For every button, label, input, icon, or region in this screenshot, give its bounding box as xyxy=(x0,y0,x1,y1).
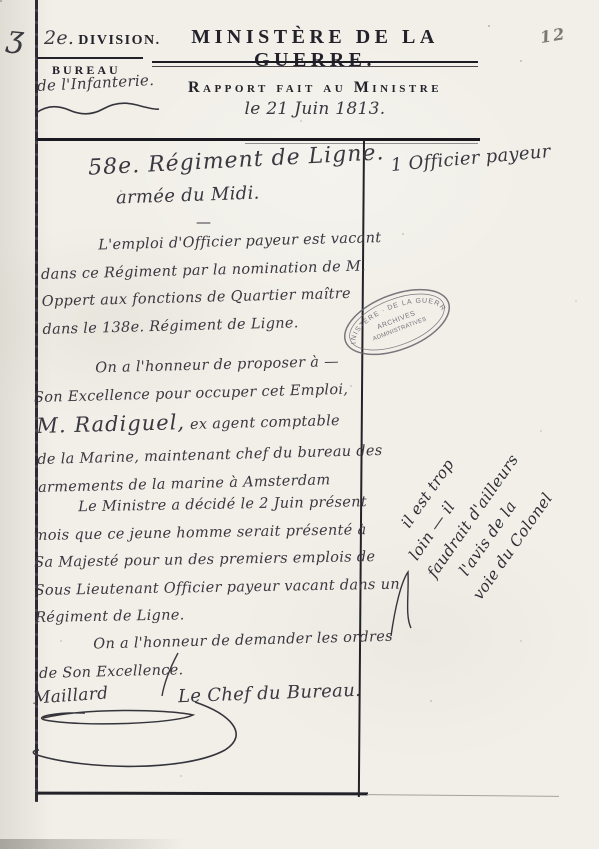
paragraph-vacancy: L'emploi d'Officier payeur est vacant da… xyxy=(40,225,383,344)
frame-bottom-rule xyxy=(37,792,368,795)
report-subtitle: Rapport fait au Ministre xyxy=(160,79,470,97)
heading-separator-dash: — xyxy=(196,213,211,231)
bureau-flourish xyxy=(33,98,163,120)
title-double-rule xyxy=(152,61,478,67)
army-subheading: armée du Midi. xyxy=(116,182,260,208)
division-number: 2e. xyxy=(44,27,74,49)
regiment-heading: 58e. Régiment de Ligne. xyxy=(88,140,385,180)
frame-top-rule xyxy=(37,138,480,141)
paragraph-minister-decision: Le Ministre a décidé le 2 Juin présent m… xyxy=(33,489,375,632)
division-block: 2e. DIVISION. xyxy=(44,27,161,49)
scanned-document-page: ʒ 2e. DIVISION. BUREAU de l'Infanterie. … xyxy=(0,0,599,849)
report-date: le 21 Juin 1813. xyxy=(160,99,470,119)
margin-column-entry: 1 Officier payeur xyxy=(390,141,551,176)
division-rule xyxy=(37,57,143,59)
pencil-folio-number: 12 xyxy=(539,24,568,47)
note-pen-flourish xyxy=(381,568,426,640)
candidate-name: M. Radiguel, xyxy=(36,410,185,438)
paragraph-request-orders: On a l'honneur de demander les ordres de… xyxy=(38,624,379,688)
archival-corner-mark: ʒ xyxy=(5,19,26,56)
division-label: DIVISION. xyxy=(78,33,160,48)
page-edge-shadow xyxy=(0,839,185,849)
signature-paraph-flourish xyxy=(25,700,285,780)
frame-bottom-rule-faint xyxy=(367,794,559,797)
candidate-title: ex agent comptable xyxy=(190,413,340,433)
paragraph-candidate: M. Radiguel, ex agent comptable de la Ma… xyxy=(36,399,378,502)
